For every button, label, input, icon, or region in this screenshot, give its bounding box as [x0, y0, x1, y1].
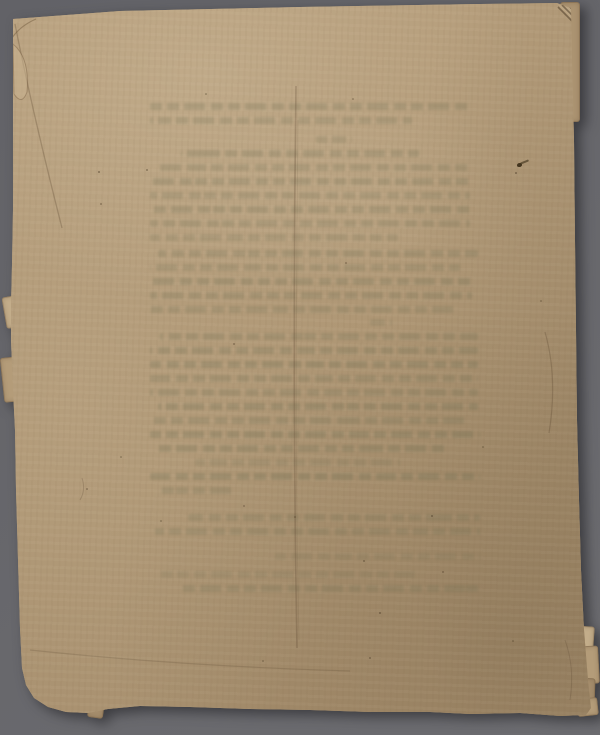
bleedthrough-line	[316, 136, 352, 143]
stain-speck	[120, 456, 122, 458]
stain-speck	[86, 488, 88, 490]
ink-blot	[517, 163, 522, 167]
bleedthrough-line	[195, 459, 400, 466]
stain-speck	[379, 612, 381, 614]
bleedthrough-line	[150, 361, 478, 368]
paper-sheet	[0, 0, 600, 735]
stain-speck	[243, 505, 245, 507]
bleedthrough-line	[150, 234, 398, 241]
bleedthrough-text-layer	[0, 0, 600, 735]
stain-speck	[352, 98, 354, 100]
bleedthrough-line	[150, 206, 470, 213]
stain-speck	[431, 515, 433, 517]
bleedthrough-line	[150, 103, 468, 110]
stain-speck	[540, 300, 542, 302]
photo-background	[0, 0, 600, 735]
bleedthrough-line	[181, 150, 419, 157]
stain-speck	[294, 516, 296, 518]
bleedthrough-line	[150, 178, 470, 185]
bleedthrough-line	[160, 333, 478, 340]
bleedthrough-line	[150, 220, 470, 227]
bleedthrough-line	[150, 264, 460, 271]
bleedthrough-line	[150, 347, 478, 354]
stain-speck	[512, 640, 514, 642]
stain-speck	[345, 262, 347, 264]
bleedthrough-line	[158, 250, 478, 257]
bleedthrough-line	[275, 553, 480, 560]
stain-speck	[482, 446, 484, 448]
bleedthrough-line	[158, 487, 233, 494]
bleedthrough-line	[158, 571, 418, 578]
bleedthrough-line	[155, 445, 445, 452]
bleedthrough-line	[158, 403, 478, 410]
bleedthrough-line	[155, 528, 480, 535]
stain-speck	[98, 171, 100, 173]
stain-speck	[100, 203, 102, 205]
bleedthrough-line	[370, 319, 392, 326]
bleedthrough-line	[178, 585, 478, 592]
bleedthrough-line	[150, 292, 472, 299]
stain-speck	[442, 571, 444, 573]
stain-speck	[262, 660, 264, 662]
paper-shadow-wrap	[0, 0, 600, 735]
stain-speck	[363, 560, 365, 562]
bleedthrough-line	[158, 164, 470, 171]
stain-speck	[205, 93, 207, 95]
bleedthrough-line	[188, 514, 480, 521]
stain-speck	[233, 343, 235, 345]
bleedthrough-line	[150, 417, 466, 424]
bleedthrough-line	[150, 431, 480, 438]
stain-speck	[146, 169, 148, 171]
bleedthrough-line	[150, 306, 458, 313]
bleedthrough-line	[150, 389, 478, 396]
stain-speck	[369, 657, 371, 659]
bleedthrough-line	[150, 192, 470, 199]
bleedthrough-line	[150, 473, 480, 480]
bleedthrough-line	[150, 278, 472, 285]
stain-speck	[515, 172, 517, 174]
bleedthrough-line	[150, 117, 412, 124]
bleedthrough-line	[150, 375, 478, 382]
stain-speck	[160, 520, 162, 522]
